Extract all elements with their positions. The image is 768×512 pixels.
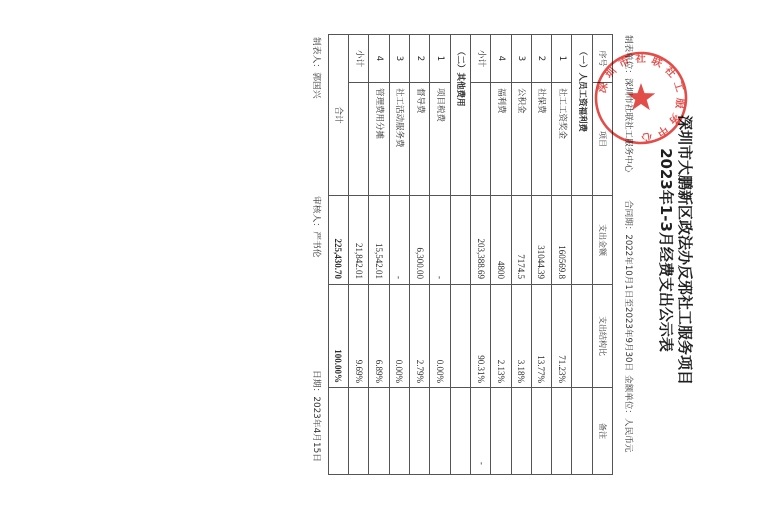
table-row: 3公积金7174.53.18% — [511, 35, 531, 475]
row-amount: 225,430.70 — [328, 196, 348, 285]
table-row: 小计203,388.6990.31%- — [470, 35, 490, 475]
row-amount — [450, 196, 470, 285]
row-amount: 160569.8 — [552, 196, 572, 285]
row-item — [349, 83, 369, 196]
row-amount: 21,842.01 — [349, 196, 369, 285]
row-note — [430, 388, 450, 475]
row-number: 3 — [511, 35, 531, 83]
row-item: 公积金 — [511, 83, 531, 196]
row-ratio — [572, 285, 592, 388]
row-number: 2 — [410, 35, 430, 83]
row-item — [470, 83, 490, 196]
row-ratio: 13.77% — [531, 285, 551, 388]
row-item: 管理费用分摊 — [369, 83, 389, 196]
row-item: 项目税费 — [430, 83, 450, 196]
row-amount — [572, 196, 592, 285]
row-amount: 6,300.00 — [410, 196, 430, 285]
row-note — [328, 388, 348, 475]
header-amount: 支出金额 — [592, 196, 612, 285]
row-item: 社工活动服务费 — [389, 83, 409, 196]
row-ratio: 9.69% — [349, 285, 369, 388]
row-note — [389, 388, 409, 475]
section-label: （一）人员工资福利费 — [572, 35, 592, 196]
row-note — [410, 388, 430, 475]
row-item: 福利费 — [491, 83, 511, 196]
section-row: （一）人员工资福利费 — [572, 35, 592, 475]
row-item: 社保费 — [531, 83, 551, 196]
row-item: 督导费 — [410, 83, 430, 196]
header-note: 备注 — [592, 388, 612, 475]
row-amount: 31044.39 — [531, 196, 551, 285]
row-item: 社工工资奖金 — [552, 83, 572, 196]
row-amount: 203,388.69 — [470, 196, 490, 285]
row-note — [450, 388, 470, 475]
row-ratio: 2.13% — [491, 285, 511, 388]
table-row: 2社保费31044.3913.77% — [531, 35, 551, 475]
row-number: 小计 — [349, 35, 369, 83]
row-amount: 4800 — [491, 196, 511, 285]
row-number: 1 — [430, 35, 450, 83]
row-note — [531, 388, 551, 475]
table-row: 2督导费6,300.002.79% — [410, 35, 430, 475]
row-ratio: 6.89% — [369, 285, 389, 388]
row-number: 4 — [369, 35, 389, 83]
contract-period: 合同期：2022年10月1日至2023年9月30日 — [622, 200, 633, 371]
row-ratio: 3.18% — [511, 285, 531, 388]
currency-unit: 金额单位：人民币元 — [622, 375, 633, 452]
row-note — [552, 388, 572, 475]
row-number: 3 — [389, 35, 409, 83]
row-note: - — [470, 388, 490, 475]
row-note — [572, 388, 592, 475]
table-row: 4管理费用分摊15,542.016.89% — [369, 35, 389, 475]
row-ratio: 90.31% — [470, 285, 490, 388]
star-icon — [625, 80, 660, 116]
row-ratio: 71.23% — [552, 285, 572, 388]
reviewer: 审核人：严书伦 — [310, 196, 321, 258]
row-ratio: 0.00% — [389, 285, 409, 388]
table-row: 4福利费48002.13% — [491, 35, 511, 475]
table-row: 1社工工资奖金160569.871.23% — [552, 35, 572, 475]
row-note — [511, 388, 531, 475]
row-note — [491, 388, 511, 475]
table-row: 3社工活动服务费-0.00% — [389, 35, 409, 475]
section-label: （二）其他费用 — [450, 35, 470, 196]
header-ratio: 支出结构比 — [592, 285, 612, 388]
row-amount: 7174.5 — [511, 196, 531, 285]
row-number: 1 — [552, 35, 572, 83]
row-ratio: 0.00% — [430, 285, 450, 388]
section-row: （二）其他费用 — [450, 35, 470, 475]
row-number: 4 — [491, 35, 511, 83]
document-date: 日期：2023年4月15日 — [310, 370, 321, 462]
row-amount: - — [430, 196, 450, 285]
table-row: 1项目税费-0.00% — [430, 35, 450, 475]
row-amount: - — [389, 196, 409, 285]
row-note — [349, 388, 369, 475]
row-number: 2 — [531, 35, 551, 83]
row-ratio: 2.79% — [410, 285, 430, 388]
row-amount: 15,542.01 — [369, 196, 389, 285]
row-ratio — [450, 285, 470, 388]
total-label: 合计 — [328, 35, 348, 196]
row-ratio: 100.00% — [328, 285, 348, 388]
official-seal: 深圳市社联社工服务中心 — [593, 50, 689, 146]
total-row: 合计225,430.70100.00% — [328, 35, 348, 475]
expense-disclosure-sheet: 深圳市大鹏新区政法办反邪社工服务项目 2023年1-3月经费支出公示表 制表单位… — [0, 0, 768, 512]
table-row: 小计21,842.019.69% — [349, 35, 369, 475]
table-body: （一）人员工资福利费1社工工资奖金160569.871.23%2社保费31044… — [328, 35, 592, 475]
row-note — [369, 388, 389, 475]
expense-table: 序号 项目 支出金额 支出结构比 备注 （一）人员工资福利费1社工工资奖金160… — [328, 34, 613, 474]
preparer: 制表人：郭国兴 — [310, 37, 321, 99]
row-number: 小计 — [470, 35, 490, 83]
